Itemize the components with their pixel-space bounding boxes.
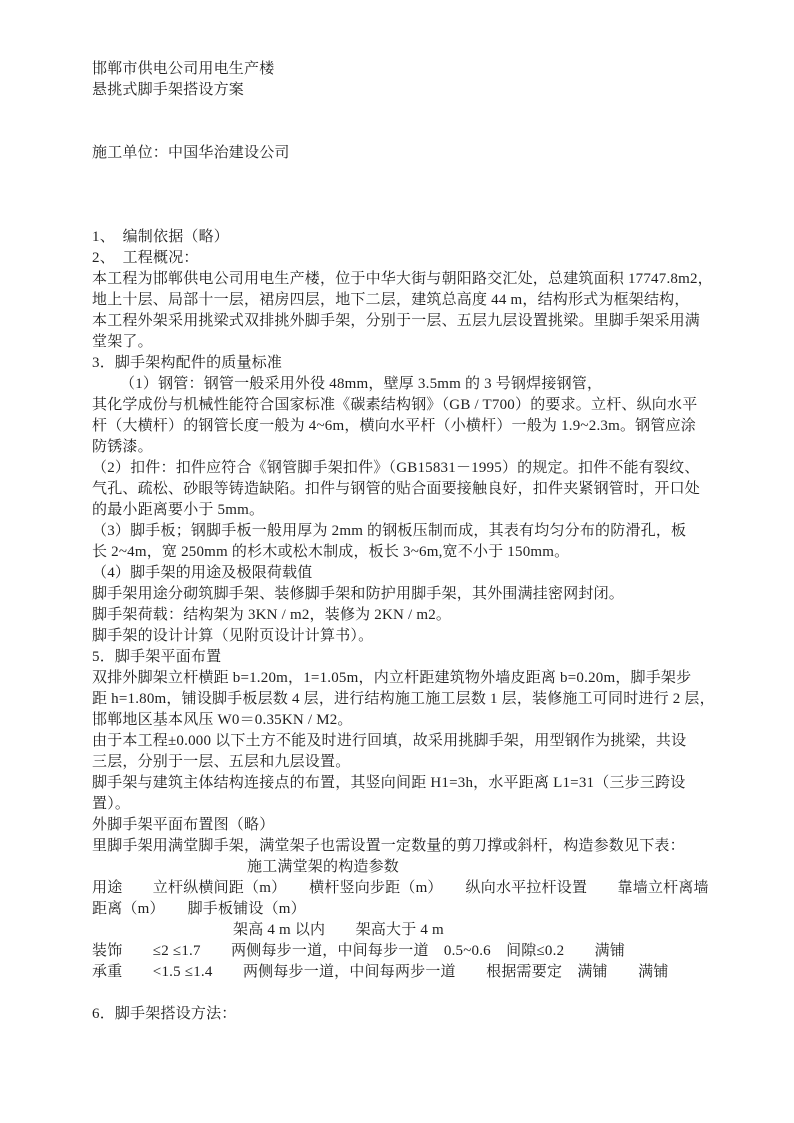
- section-6-heading: 6．脚手架搭设方法：: [92, 1004, 708, 1025]
- paragraph-line: 防锈漆。: [92, 437, 708, 458]
- section-1-heading: 1、 编制依据（略）: [92, 227, 708, 248]
- paragraph-line: 本工程外架采用挑梁式双排挑外脚手架，分别于一层、五层九层设置挑梁。里脚手架采用满: [92, 311, 708, 332]
- vertical-gap: [92, 164, 708, 227]
- paragraph-line: 距 h=1.80m，铺设脚手板层数 4 层，进行结构施工施工层数 1 层，装修施…: [92, 689, 708, 710]
- paragraph-line: 堂架了。: [92, 332, 708, 353]
- paragraph-line: 杆（大横杆）的钢管长度一般为 4~6m，横向水平杆（小横杆）一般为 1.9~2.…: [92, 416, 708, 437]
- doc-title-line-1: 邯郸市供电公司用电生产楼: [92, 59, 708, 80]
- table-subheader-line: 架高 4 m 以内 架高大于 4 m: [92, 920, 708, 941]
- subsection-1-line: （1）钢管：钢管一般采用外役 48mm，壁厚 3.5mm 的 3 号钢焊接钢管，: [92, 374, 708, 395]
- paragraph-line: 里脚手架用满堂脚手架，满堂架子也需设置一定数量的剪刀撑或斜杆，构造参数见下表：: [92, 836, 708, 857]
- table-row-loadbearing: 承重 <1.5 ≤1.4 两侧每步一道，中间每两步一道 根据需要定 满铺 满铺: [92, 962, 708, 983]
- paragraph-line: 双排外脚架立杆横距 b=1.20m，1=1.05m，内立杆距建筑物外墙皮距离 b…: [92, 668, 708, 689]
- subsection-3-line: （3）脚手板；钢脚手板一般用厚为 2mm 的钢板压制而成，其表有均匀分布的防滑孔…: [92, 521, 708, 542]
- table-caption: 施工满堂架的构造参数: [92, 857, 708, 878]
- paragraph-line: 气孔、疏松、砂眼等铸造缺陷。扣件与钢管的贴合面要接触良好，扣件夹紧钢管时，开口处: [92, 479, 708, 500]
- table-header-line-1: 用途 立杆纵横间距（m） 横杆竖向步距（m） 纵向水平拉杆设置 靠墙立杆离墙: [92, 878, 708, 899]
- paragraph-line: 地上十层、局部十一层，裙房四层，地下二层，建筑总高度 44 m，结构形式为框架结…: [92, 290, 708, 311]
- paragraph-line: 的最小距离要小于 5mm。: [92, 500, 708, 521]
- table-header-line-2: 距离（m） 脚手板铺设（m）: [92, 899, 708, 920]
- paragraph-line: 邯郸地区基本风压 W0＝0.35KN / M2。: [92, 710, 708, 731]
- subsection-2-line: （2）扣件：扣件应符合《钢管脚手架扣件》（GB15831－1995）的规定。扣件…: [92, 458, 708, 479]
- section-5-heading: 5．脚手架平面布置: [92, 647, 708, 668]
- table-row-decoration: 装饰 ≤2 ≤1.7 两侧每步一道，中间每步一道 0.5~0.6 间隙≤0.2 …: [92, 941, 708, 962]
- vertical-gap: [92, 983, 708, 1004]
- vertical-gap: [92, 101, 708, 143]
- paragraph-line: 脚手架与建筑主体结构连接点的布置，其竖向间距 H1=3h，水平距离 L1=31（…: [92, 773, 708, 794]
- paragraph-line: 外脚手架平面布置图（略）: [92, 815, 708, 836]
- paragraph-line: 置）。: [92, 794, 708, 815]
- paragraph-line: 本工程为邯郸供电公司用电生产楼，位于中华大街与朝阳路交汇处，总建筑面积 1774…: [92, 269, 708, 290]
- document-page: 邯郸市供电公司用电生产楼 悬挑式脚手架搭设方案 施工单位：中国华治建设公司 1、…: [0, 0, 794, 1123]
- paragraph-line: 三层，分别于一层、五层和九层设置。: [92, 752, 708, 773]
- paragraph-line: 由于本工程±0.000 以下土方不能及时进行回填，故采用挑脚手架，用型钢作为挑梁…: [92, 731, 708, 752]
- paragraph-line: 脚手架的设计计算（见附页设计计算书）。: [92, 626, 708, 647]
- paragraph-line: 其化学成份与机械性能符合国家标准《碳素结构钢》（GB / T700）的要求。立杆…: [92, 395, 708, 416]
- doc-title-line-2: 悬挑式脚手架搭设方案: [92, 80, 708, 101]
- paragraph-line: 脚手架荷载：结构架为 3KN / m2，装修为 2KN / m2。: [92, 605, 708, 626]
- section-2-heading: 2、 工程概况：: [92, 248, 708, 269]
- construction-unit-line: 施工单位：中国华治建设公司: [92, 143, 708, 164]
- paragraph-line: 长 2~4m，宽 250mm 的杉木或松木制成，板长 3~6m,宽不小于 150…: [92, 542, 708, 563]
- page-content: 邯郸市供电公司用电生产楼 悬挑式脚手架搭设方案 施工单位：中国华治建设公司 1、…: [0, 0, 794, 1025]
- paragraph-line: 脚手架用途分砌筑脚手架、装修脚手架和防护用脚手架，其外围满挂密网封闭。: [92, 584, 708, 605]
- subsection-4-line: （4）脚手架的用途及极限荷载值: [92, 563, 708, 584]
- section-3-heading: 3．脚手架构配件的质量标准: [92, 353, 708, 374]
